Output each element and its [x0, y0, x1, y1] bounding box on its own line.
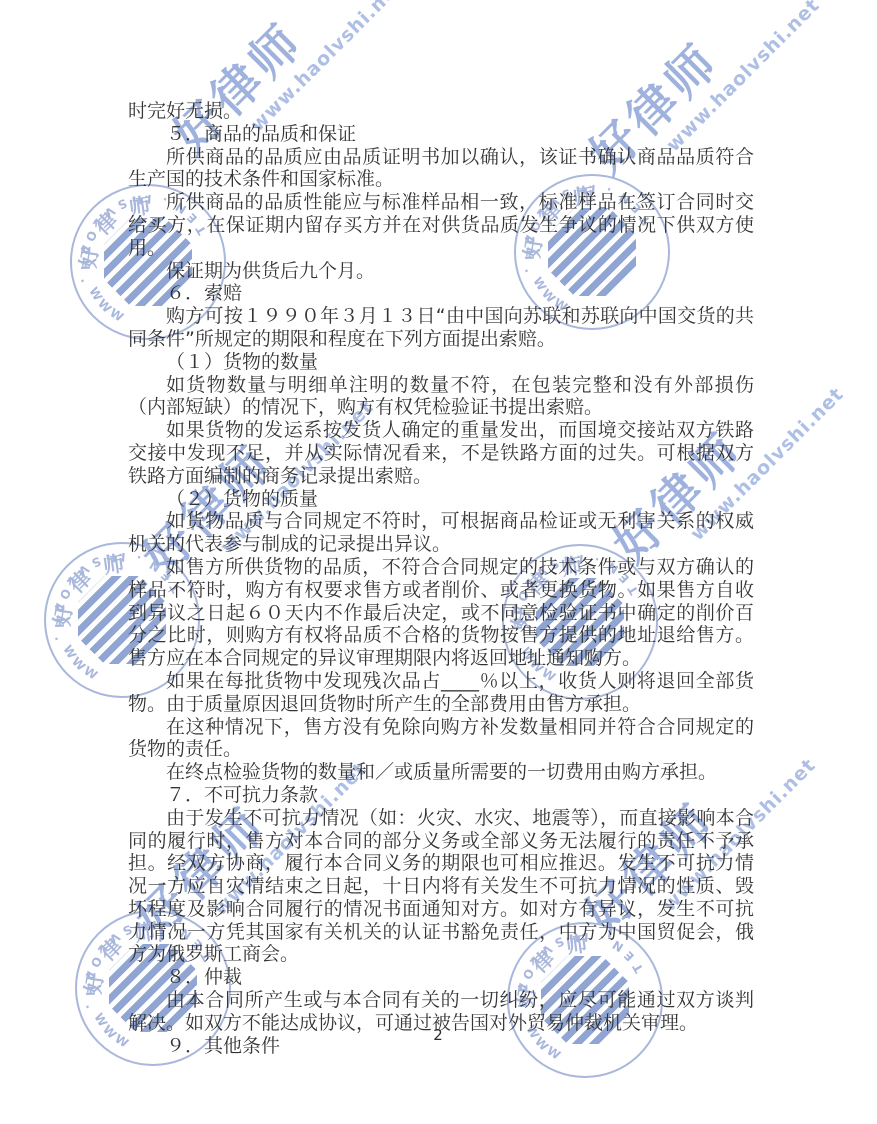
seal-ring-letter: W: [69, 654, 88, 673]
paragraph: ５．商品的品质和保证: [128, 123, 754, 146]
seal-ring-letter: L: [90, 215, 106, 230]
seal-ring-letter: V: [106, 930, 122, 947]
seal-brand-character: 好: [77, 970, 110, 995]
seal-ring-letter: V: [75, 562, 91, 579]
paragraph: ８．仲裁: [128, 966, 754, 989]
seal-ring-letter: O: [87, 954, 104, 969]
paragraph: 保证期为供货后九个月。: [128, 260, 754, 283]
seal-ring-letter: S: [89, 554, 103, 570]
seal-ring-letter: O: [82, 228, 99, 243]
seal-ring-letter: W: [81, 664, 100, 683]
paragraph: 时完好无损。: [128, 100, 754, 123]
seal-ring-letter: W: [107, 306, 126, 325]
paragraph: 由于发生不可抗力情况（如：火灾、水灾、地震等），而直接影响本合同的履行时，售方对…: [128, 807, 754, 967]
seal-ring-letter: H: [78, 260, 92, 271]
seal-ring-letter: .: [78, 276, 93, 284]
contract-page: 好律师www.haolvshi.net好律师www.haolvshi.net好律…: [0, 0, 877, 1124]
seal-ring-letter: S: [115, 196, 129, 212]
seal-ring-letter: A: [52, 602, 68, 614]
page-number: 2: [425, 1026, 451, 1044]
seal-brand-character: 律: [92, 931, 128, 967]
paragraph: （１）货物的数量: [128, 351, 754, 374]
seal-brand-character: 好: [72, 244, 105, 269]
seal-ring-letter: W: [95, 296, 114, 315]
seal-ring-letter: W: [86, 285, 105, 304]
seal-ring-letter: W: [91, 1011, 110, 1030]
seal-ring-letter: I: [121, 550, 126, 564]
paragraph: 所供商品的品质应由品质证明书加以确认，该证书确认商品品质符合生产国的技术条件和国…: [128, 146, 754, 192]
seal-ring-letter: H: [52, 618, 66, 629]
paragraph: ６．索赔: [128, 282, 754, 305]
seal-ring-letter: O: [56, 586, 73, 601]
seal-ring-letter: H: [105, 550, 117, 566]
seal-ring-letter: .: [52, 634, 67, 642]
paragraph: 如果货物的发运系按发货人确定的重量发出，而国境交接站双方铁路交接中发现不足，并从…: [128, 419, 754, 487]
paragraph: （２）货物的质量: [128, 488, 754, 511]
seal-ring-letter: W: [100, 1022, 119, 1041]
seal-brand-character: 律: [87, 205, 123, 241]
seal-ring-letter: A: [83, 970, 99, 982]
seal-ring-letter: W: [60, 643, 79, 662]
paragraph: 如货物品质与合同规定不符时，可根据商品检证或无利害关系的权威机关的代表参与制成的…: [128, 510, 754, 556]
paragraph: 如果在每批货物中发现残次品占____％以上，收货人则将退回全部货物。由于质量原因…: [128, 670, 754, 716]
seal-ring-letter: A: [78, 244, 94, 256]
seal-ring-letter: .: [83, 1002, 98, 1010]
paragraph: 在终点检验货物的数量和／或质量所需要的一切费用由购方承担。: [128, 761, 754, 784]
document-body: 时完好无损。５．商品的品质和保证所供商品的品质应由品质证明书加以确认，该证书确认…: [128, 100, 754, 1057]
paragraph: 在这种情况下，售方没有免除向购方补发数量相同并符合合同规定的货物的责任。: [128, 716, 754, 762]
paragraph: ７．不可抗力条款: [128, 784, 754, 807]
seal-brand-character: 律: [61, 563, 97, 599]
seal-ring-letter: L: [95, 941, 111, 956]
seal-brand-character: 好: [46, 602, 79, 627]
paragraph: 所供商品的品质性能应与标准样品相一致，标准样品在签订合同时交给买方，在保证期内留…: [128, 191, 754, 259]
seal-ring-letter: L: [64, 573, 80, 588]
seal-ring-letter: H: [83, 986, 97, 997]
seal-brand-character: 师: [101, 547, 126, 580]
paragraph: 购方可按１９９０年３月１３日“由中国向苏联和苏联向中国交货的共同条件”所规定的期…: [128, 305, 754, 351]
paragraph: 如货物数量与明细单注明的数量不符，在包装完整和没有外部损伤（内部短缺）的情况下，…: [128, 374, 754, 420]
seal-ring-letter: V: [101, 204, 117, 221]
paragraph: 如售方所供货物的品质，不符合合同规定的技术条件或与双方确认的样品不符时，购方有权…: [128, 556, 754, 670]
